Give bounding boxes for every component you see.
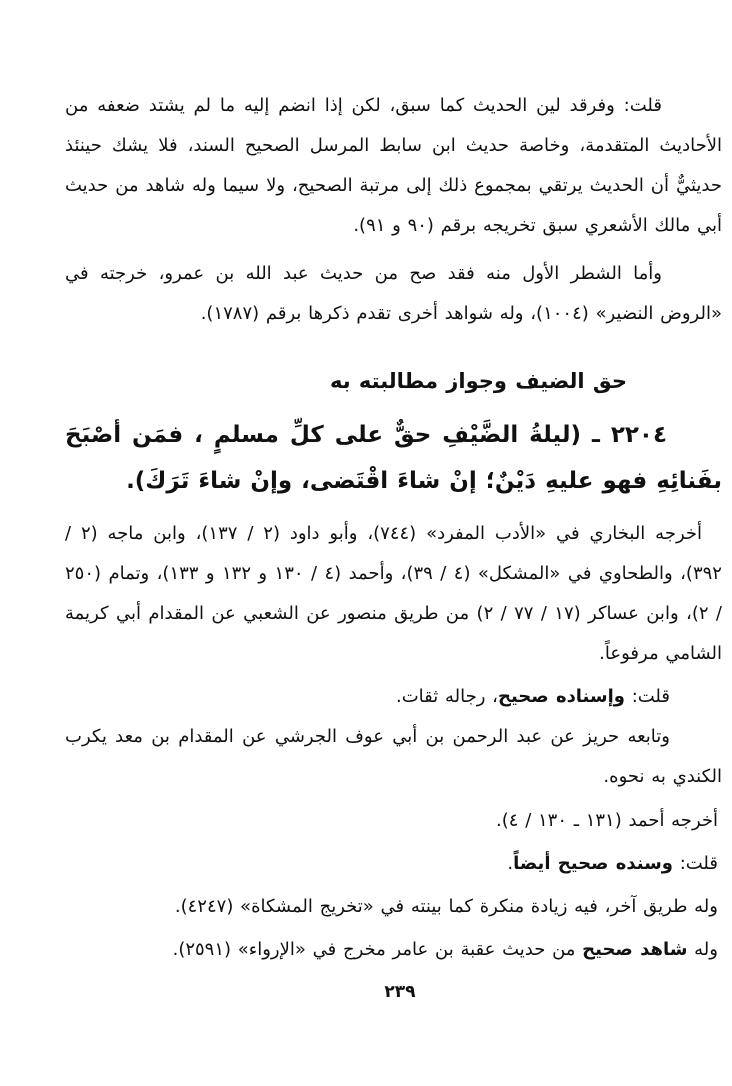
qultu2-prefix: قلت: xyxy=(673,853,718,874)
book-page: قلت: وفرقد لين الحديث كما سبق، لكن إذا ا… xyxy=(0,0,732,1086)
page-number: ٢٣٩ xyxy=(375,982,425,1002)
hadith-number: ٢٢٠٤ xyxy=(611,422,667,448)
text-block: قلت: وفرقد لين الحديث كما سبق، لكن إذا ا… xyxy=(65,0,722,970)
commentary-paragraph-farqad: قلت: وفرقد لين الحديث كما سبق، لكن إذا ا… xyxy=(65,86,722,246)
other-route-paragraph: وله طريق آخر، فيه زيادة منكرة كما بينته … xyxy=(65,887,722,927)
ahmad-prefix: أخرجه أحمد xyxy=(622,810,718,831)
witness-suffix: من حديث عقبة بن عامر مخرج في «الإرواء» (… xyxy=(173,939,583,960)
mutabaah-paragraph: وتابعه حريز عن عبد الرحمن بن أبي عوف الج… xyxy=(65,717,722,797)
hadith-paragraph: ٢٢٠٤ ـ (ليلةُ الضَّيْفِ حقٌّ على كلِّ مس… xyxy=(65,412,722,504)
witness-paragraph: وله شاهد صحيح من حديث عقبة بن عامر مخرج … xyxy=(65,930,722,970)
sanad-sahih-bold: وسنده صحيح أيضاً xyxy=(513,853,673,874)
commentary-paragraph-first-half: وأما الشطر الأول منه فقد صح من حديث عبد … xyxy=(65,254,722,334)
takhrij-paragraph: أخرجه البخاري في «الأدب المفرد» (٧٤٤)، و… xyxy=(65,514,722,674)
qultu-suffix: ، رجاله ثقات. xyxy=(396,686,498,707)
qultu-sanad-paragraph: قلت: وسنده صحيح أيضاً. xyxy=(65,844,722,884)
isnad-sahih-bold: وإسناده صحيح xyxy=(498,686,625,707)
ahmad-volume-page-range: (٤ / ١٣٠ ـ ١٣١) xyxy=(502,810,622,831)
qultu-isnad-paragraph: قلت: وإسناده صحيح، رجاله ثقات. xyxy=(65,677,722,717)
ahmad-reference-paragraph: أخرجه أحمد (٤ / ١٣٠ ـ ١٣١). xyxy=(65,801,722,841)
section-heading: حق الضيف وجواز مطالبته به xyxy=(65,360,722,402)
witness-prefix: وله xyxy=(687,939,718,960)
shahid-sahih-bold: شاهد صحيح xyxy=(582,939,687,960)
hadith-dash: ـ xyxy=(592,422,600,448)
qultu-prefix: قلت: xyxy=(625,686,670,707)
